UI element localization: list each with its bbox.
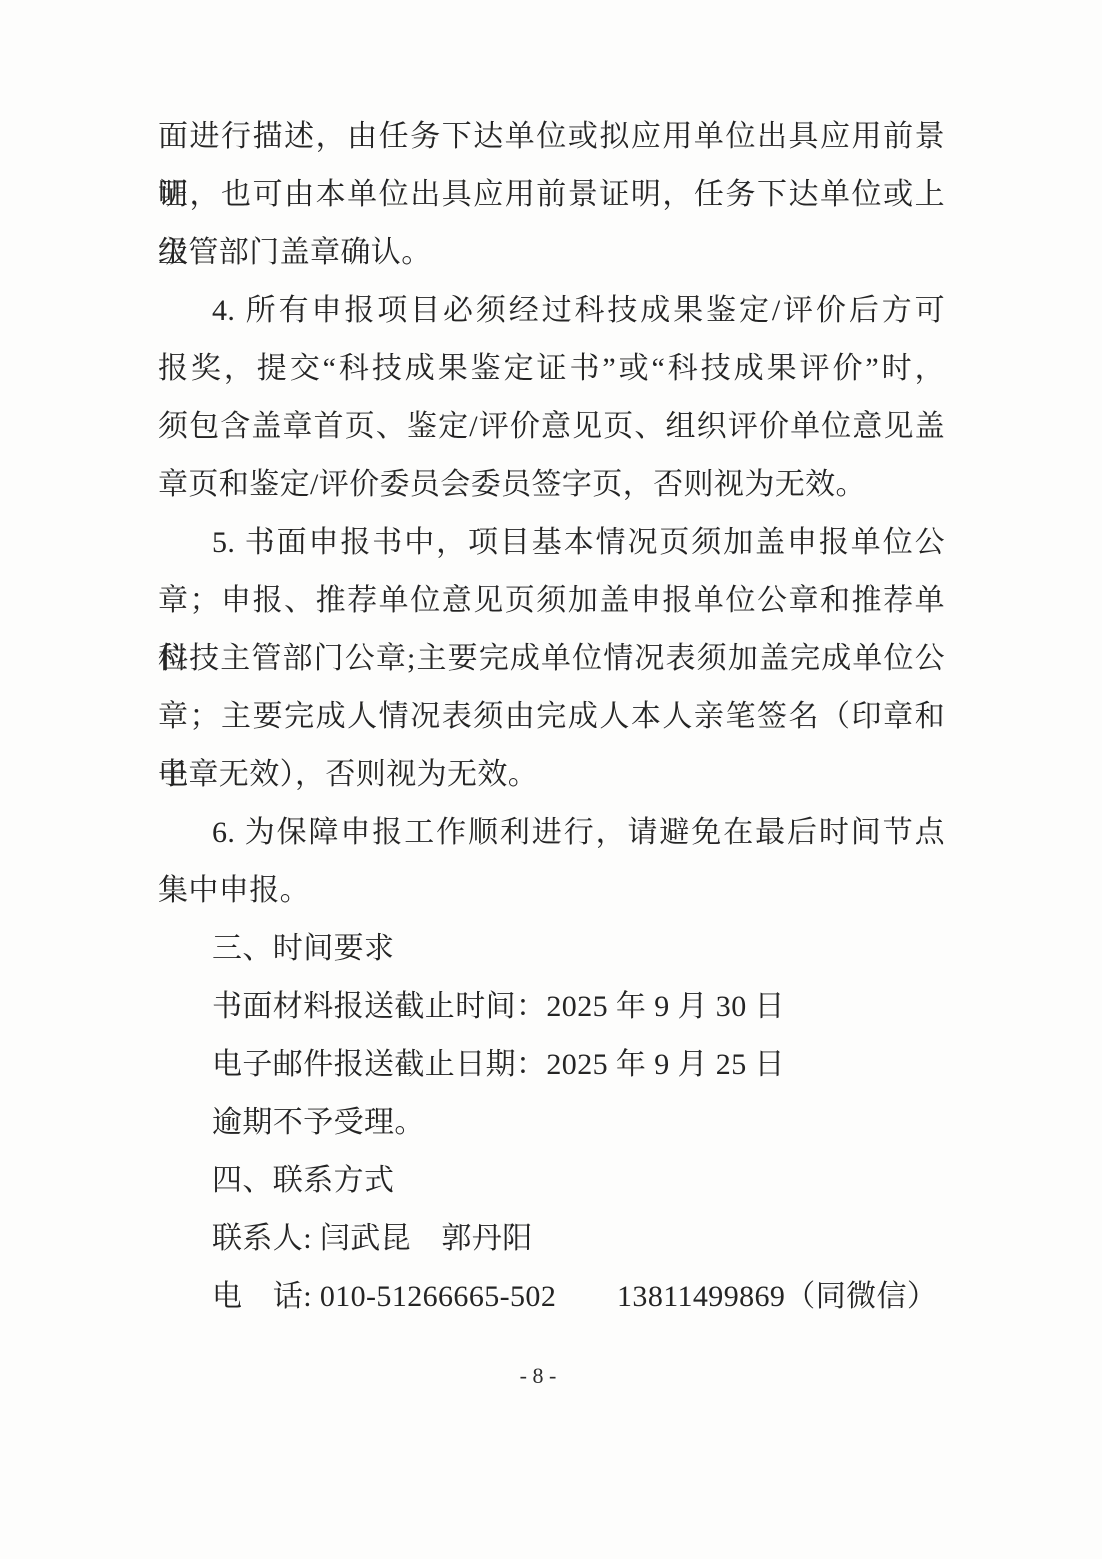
deadline-paper-materials: 书面材料报送截止时间：2025 年 9 月 30 日 [158, 978, 945, 1036]
section-heading-contact: 四、联系方式 [158, 1152, 945, 1210]
page-number: - 8 - [0, 1358, 1076, 1394]
text-line: 4. 所有申报项目必须经过科技成果鉴定/评价后方可 [158, 282, 945, 340]
deadline-email: 电子邮件报送截止日期：2025 年 9 月 25 日 [158, 1036, 945, 1094]
text-line: 子章无效），否则视为无效。 [158, 746, 945, 804]
document-body: 面进行描述，由任务下达单位或拟应用单位出具应用前景证 明，也可由本单位出具应用前… [158, 108, 945, 1326]
text-line: 明，也可由本单位出具应用前景证明，任务下达单位或上级 [158, 166, 945, 224]
text-line: 5. 书面申报书中，项目基本情况页须加盖申报单位公 [158, 514, 945, 572]
text-line: 6. 为保障申报工作顺利进行，请避免在最后时间节点 [158, 804, 945, 862]
text-line: 报奖，提交“科技成果鉴定证书”或“科技成果评价”时， [158, 340, 945, 398]
contact-persons: 联系人: 闫武昆 郭丹阳 [158, 1210, 945, 1268]
text-line: 章；申报、推荐单位意见页须加盖申报单位公章和推荐单位 [158, 572, 945, 630]
text-line: 逾期不予受理。 [158, 1094, 945, 1152]
text-line: 须包含盖章首页、鉴定/评价意见页、组织评价单位意见盖 [158, 398, 945, 456]
text-line: 主管部门盖章确认。 [158, 224, 945, 282]
contact-phone: 电 话: 010-51266665-502 13811499869（同微信） [158, 1268, 945, 1326]
section-heading-time-requirements: 三、时间要求 [158, 920, 945, 978]
text-line: 章；主要完成人情况表须由完成人本人亲笔签名（印章和电 [158, 688, 945, 746]
text-line: 集中申报。 [158, 862, 945, 920]
text-line: 面进行描述，由任务下达单位或拟应用单位出具应用前景证 [158, 108, 945, 166]
text-line: 章页和鉴定/评价委员会委员签字页，否则视为无效。 [158, 456, 945, 514]
text-line: 科技主管部门公章;主要完成单位情况表须加盖完成单位公 [158, 630, 945, 688]
document-page: 面进行描述，由任务下达单位或拟应用单位出具应用前景证 明，也可由本单位出具应用前… [0, 0, 1102, 1559]
